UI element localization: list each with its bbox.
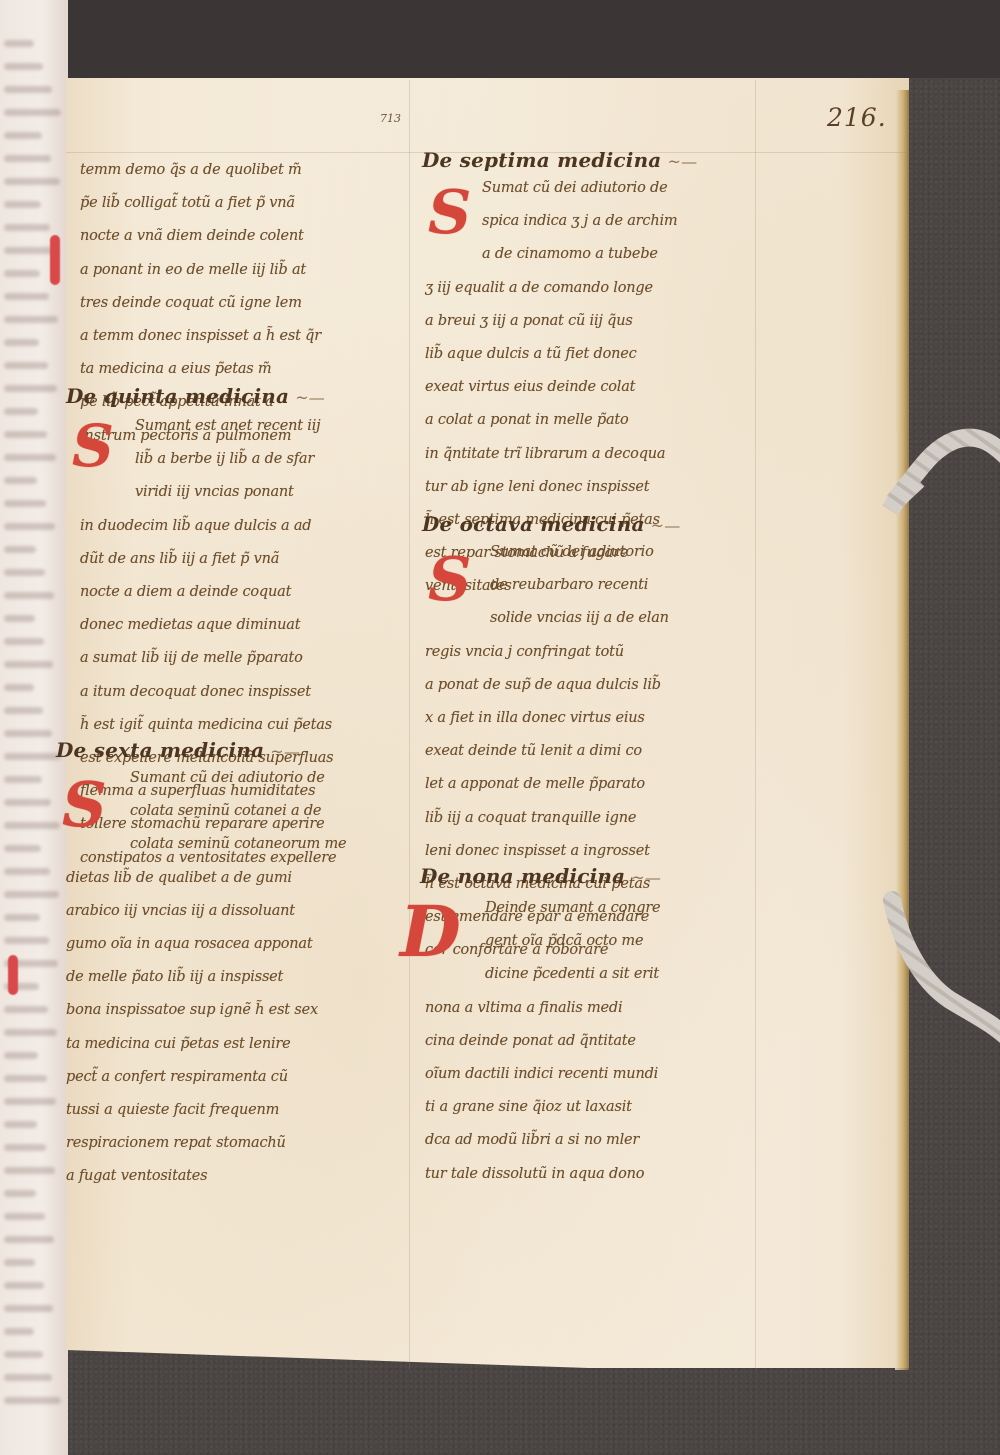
heading-text: De septima medicina: [422, 148, 661, 172]
text-line: Sumat cũ dei adiutorio de: [482, 180, 668, 196]
text-line: a de cinamomo a tubebe: [482, 246, 658, 262]
text-line: oĩum dactili indici recenti mundi: [425, 1066, 658, 1082]
text-line: a ponat de sup̃ de aqua dulcis lib̃: [425, 677, 661, 693]
line-filler-flourish: ~—: [667, 152, 697, 171]
text-line: regis vncia j confringat totũ: [425, 644, 624, 660]
text-line: Sumat cũ dei adiutorio: [490, 544, 654, 560]
text-line: spica indica ʒ j a de archim: [482, 213, 677, 229]
text-line: nona a vltima a finalis medi: [425, 1000, 622, 1016]
text-line: ti a grane sine q̃ioz ut laxasit: [425, 1099, 632, 1115]
text-line: de reubarbaro recenti: [490, 577, 648, 593]
text-line: Deinde sumant a congre: [485, 900, 660, 916]
text-line: exeat deinde tũ lenit a dimi co: [425, 743, 642, 759]
text-line: leni donec inspisset a ingrosset: [425, 843, 650, 859]
rubric-initial: S: [428, 545, 471, 615]
text-line: lib̃ aque dulcis a tũ fiet donec: [425, 346, 637, 362]
text-line: dicine p̃cedenti a sit erit: [485, 966, 659, 982]
text-line: dca ad modũ lib̃ri a si no mler: [425, 1132, 639, 1148]
text-line: a colat a ponat in melle p̃ato: [425, 412, 629, 428]
text-line: tur tale dissolutũ in aqua dono: [425, 1166, 644, 1182]
text-line: in q̃ntitate trĩ librarum a decoqua: [425, 446, 665, 462]
rubric-initial: S: [428, 178, 471, 248]
rubric-initial: D: [400, 890, 461, 973]
right-column: De septima medicina~—SSumat cũ dei adiut…: [0, 0, 1000, 1455]
text-line: tur ab igne leni donec inspisset: [425, 479, 649, 495]
text-line: x a fiet in illa donec virtus eius: [425, 710, 645, 726]
text-line: ʒ iij equalit a de comando longe: [425, 280, 653, 296]
text-line: cina deinde ponat ad q̃ntitate: [425, 1033, 636, 1049]
text-line: let a apponat de melle p̃parato: [425, 776, 645, 792]
section-heading-octava: De octava medicina~—: [422, 512, 680, 536]
text-line: a breui ʒ iij a ponat cũ iij q̃us: [425, 313, 633, 329]
text-line: lib̃ iij a coquat tranquille igne: [425, 810, 636, 826]
line-filler-flourish: ~—: [651, 516, 681, 535]
section-heading-septima: De septima medicina~—: [422, 148, 697, 172]
text-line: gent oĩa p̃dcã octo me: [485, 933, 643, 949]
heading-text: De octava medicina: [422, 512, 645, 536]
line-filler-flourish: ~—: [631, 868, 661, 887]
section-heading-nona: De nona medicina~—: [420, 864, 661, 888]
text-line: solide vncias iij a de elan: [490, 610, 669, 626]
text-line: exeat virtus eius deinde colat: [425, 379, 635, 395]
heading-text: De nona medicina: [420, 864, 625, 888]
